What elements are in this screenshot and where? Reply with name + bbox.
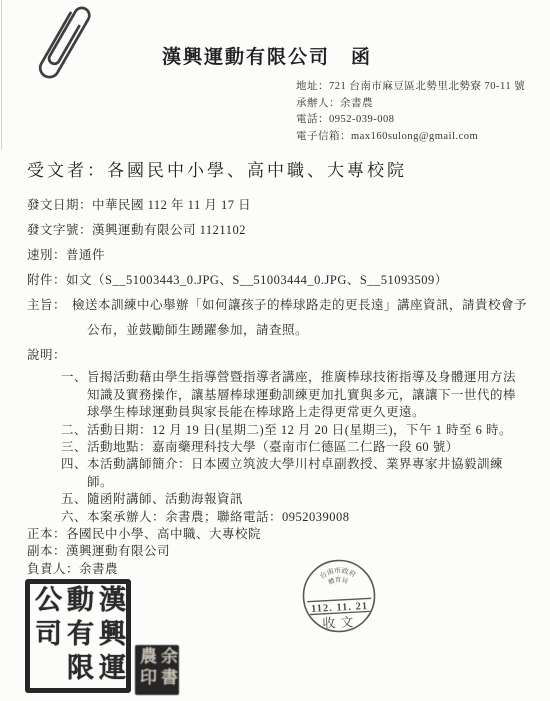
receipt-date-stamp: 台南市政府 體育局 112. 11. 21 收文 [298,555,380,637]
list-item: 四、 本活動講師簡介：日本國立筑波大學川村卓副教授、業界專家井協毅訓練師。 [27,456,528,491]
sender-phone: 電話：0952-039-008 [296,112,525,129]
scan-artifact-line [1,0,2,150]
company-seal-stamp: 漢興運動有限公司 [25,579,131,693]
reference-number-line: 發文字號：漢興運動有限公司 1121102 [27,218,528,243]
stamp-org-arc2: 體育局 [327,575,349,586]
sender-contact-block: 地址：721 台南市麻豆區北勢里北勢寮 70-11 號 承辦人：余書農 電話：0… [296,79,525,145]
recipient-line: 受文者：各國民中小學、高中職、大專校院 [27,156,407,181]
subject-text: 檢送本訓練中心舉辦「如何讓孩子的棒球路走的更長遠」講座資訊，請貴校會予公布，並鼓… [72,293,528,343]
item-number: 五、 [61,491,87,508]
personal-seal-text: 余書農印 [136,647,178,693]
issue-date-line: 發文日期：中華民國 112 年 11 月 17 日 [27,193,528,218]
sender-agent: 承辦人：余書農 [296,96,525,113]
item-text: 活動日期：12 月 19 日(星期二)至 12 月 20 日(星期三)，下午 1… [87,422,528,439]
item-number: 三、 [61,439,87,456]
item-text: 本活動講師簡介：日本國立筑波大學川村卓副教授、業界專家井協毅訓練師。 [87,456,528,491]
subject-line: 主旨： 檢送本訓練中心舉辦「如何讓孩子的棒球路走的更長遠」講座資訊，請貴校會予公… [27,293,528,343]
item-number: 二、 [61,422,87,439]
personal-seal-stamp: 余書農印 [135,645,179,695]
explanation-list: 一、 旨揭活動藉由學生指導營暨指導者講座，推廣棒球技術指導及身體運用方法知識及實… [27,369,528,526]
list-item: 五、 隨函附講師、活動海報資訊 [27,491,528,508]
sender-email: 電子信箱：max160sulong@gmail.com [296,129,525,146]
priority-line: 速別：普通件 [27,243,528,268]
responsible-person-line: 負責人：余書農 [27,561,528,578]
meta-block: 發文日期：中華民國 112 年 11 月 17 日 發文字號：漢興運動有限公司 … [27,193,528,343]
stamp-received-label: 收文 [322,614,359,631]
list-item: 三、 活動地點：嘉南藥理科技大學（臺南市仁德區二仁路一段 60 號） [27,439,528,456]
list-item: 一、 旨揭活動藉由學生指導營暨指導者講座，推廣棒球技術指導及身體運用方法知識及實… [27,369,528,421]
item-number: 四、 [61,456,87,491]
item-text: 隨函附講師、活動海報資訊 [87,491,528,508]
item-text: 活動地點：嘉南藥理科技大學（臺南市仁德區二仁路一段 60 號） [87,439,528,456]
sender-address: 地址：721 台南市麻豆區北勢里北勢寮 70-11 號 [296,79,525,96]
company-seal-text: 漢興運動有限公司 [30,585,126,688]
item-number: 一、 [61,369,87,421]
scanned-letter-page: 漢興運動有限公司 函 地址：721 台南市麻豆區北勢里北勢寮 70-11 號 承… [0,0,550,701]
list-item: 二、 活動日期：12 月 19 日(星期二)至 12 月 20 日(星期三)，下… [27,422,528,439]
carbon-copy-line: 副本：漢興運動有限公司 [27,543,528,560]
attachment-line: 附件：如文（S__51003443_0.JPG、S__51003444_0.JP… [27,268,528,293]
subject-label: 主旨： [27,293,72,343]
original-copy-line: 正本：各國民中小學、高中職、大專校院 [27,526,528,543]
list-item: 六、 本案承辦人：余書農；聯絡電話：0952039008 [27,509,528,526]
stamp-date: 112. 11. 21 [311,601,369,615]
letter-title: 漢興運動有限公司 函 [0,42,542,69]
item-number: 六、 [61,509,87,526]
item-text: 旨揭活動藉由學生指導營暨指導者講座，推廣棒球技術指導及身體運用方法知識及實務操作… [87,369,528,421]
item-text: 本案承辦人：余書農；聯絡電話：0952039008 [87,509,528,526]
explanation-block: 說明： 一、 旨揭活動藉由學生指導營暨指導者講座，推廣棒球技術指導及身體運用方法… [27,347,528,578]
explanation-label: 說明： [27,347,528,364]
